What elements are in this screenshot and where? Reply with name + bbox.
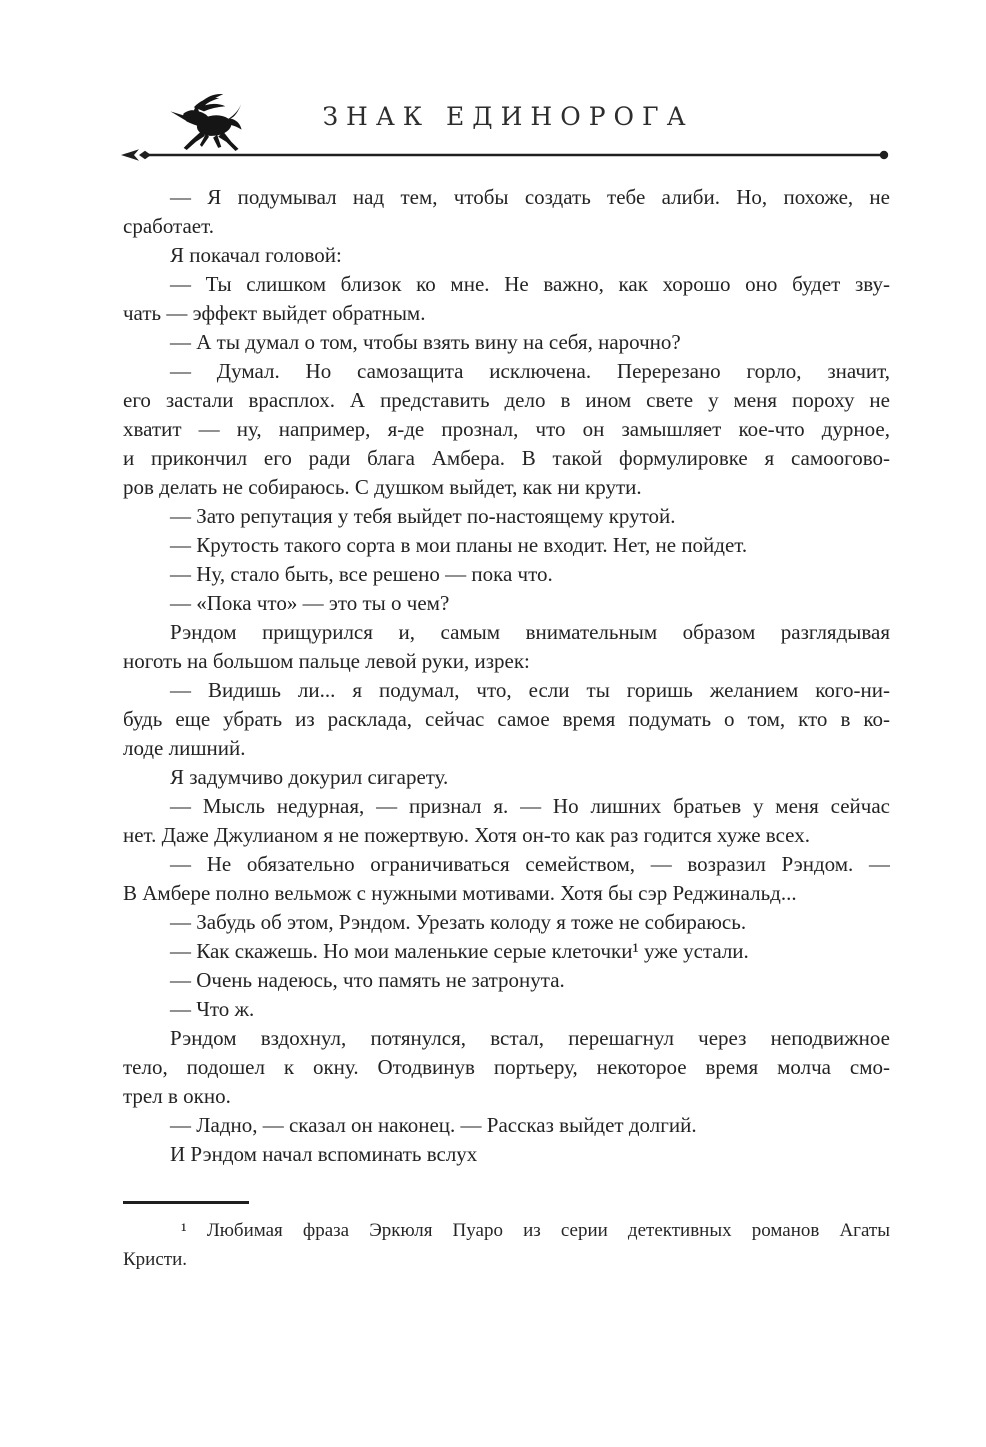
text-line: хватит — ну, например, я-де прознал, что… (123, 415, 890, 444)
text-line: — Видишь ли... я подумал, что, если ты г… (123, 676, 890, 705)
text-line: — Как скажешь. Но мои маленькие серые кл… (123, 937, 890, 966)
text-line: и прикончил его ради блага Амбера. В так… (123, 444, 890, 473)
text-line: нет. Даже Джулианом я не пожертвую. Хотя… (123, 821, 890, 850)
text-line: трел в окно. (123, 1082, 890, 1111)
text-line: — Думал. Но самозащита исключена. Перере… (123, 357, 890, 386)
text-line: — Ну, стало быть, все решено — пока что. (123, 560, 890, 589)
text-line: ноготь на большом пальце левой руки, изр… (123, 647, 890, 676)
text-line: — Забудь об этом, Рэндом. Урезать колоду… (123, 908, 890, 937)
text-line: — А ты думал о том, чтобы взять вину на … (123, 328, 890, 357)
text-line: Я покачал головой: (123, 241, 890, 270)
header-divider (121, 148, 893, 162)
text-line: лоде лишний. (123, 734, 890, 763)
text-line: чать — эффект выйдет обратным. (123, 299, 890, 328)
text-line: Рэндом прищурился и, самым внимательным … (123, 618, 890, 647)
text-line: ¹ Любимая фраза Эркюля Пуаро из серии де… (123, 1216, 890, 1245)
text-line: — Я подумывал над тем, чтобы создать теб… (123, 183, 890, 212)
right-dot-ornament (880, 151, 888, 159)
text-line: его застали врасплох. А представить дело… (123, 386, 890, 415)
text-line: — Крутость такого сорта в мои планы не в… (123, 531, 890, 560)
book-page: ЗНАК ЕДИНОРОГА — Я подумывал над тем, чт… (0, 0, 986, 1447)
text-line: — Ты слишком близок ко мне. Не важно, ка… (123, 270, 890, 299)
body-text: — Я подумывал над тем, чтобы создать теб… (123, 183, 890, 1169)
text-line: — Ладно, — сказал он наконец. — Рассказ … (123, 1111, 890, 1140)
text-line: И Рэндом начал вспоминать вслух (123, 1140, 890, 1169)
text-line: тело, подошел к окну. Отодвинув портьеру… (123, 1053, 890, 1082)
text-line: Я задумчиво докурил сигарету. (123, 763, 890, 792)
footnote-text: ¹ Любимая фраза Эркюля Пуаро из серии де… (123, 1216, 890, 1274)
text-line: — Зато репутация у тебя выйдет по-настоя… (123, 502, 890, 531)
text-line: — Очень надеюсь, что память не затронута… (123, 966, 890, 995)
text-line: Рэндом вздохнул, потянулся, встал, переш… (123, 1024, 890, 1053)
text-line: — Не обязательно ограничиваться семейств… (123, 850, 890, 879)
text-line: сработает. (123, 212, 890, 241)
left-arrow-ornament (121, 149, 139, 161)
text-line: будь еще убрать из расклада, сейчас само… (123, 705, 890, 734)
text-line: — Что ж. (123, 995, 890, 1024)
text-line: — «Пока что» — это ты о чем? (123, 589, 890, 618)
text-line: ров делать не собираюсь. С душком выйдет… (123, 473, 890, 502)
left-diamond-ornament (139, 151, 151, 159)
text-line: Кристи. (123, 1245, 890, 1274)
text-line: В Амбере полно вельмож с нужными мотивам… (123, 879, 890, 908)
chapter-title: ЗНАК ЕДИНОРОГА (123, 102, 893, 131)
footnote-divider (123, 1201, 249, 1204)
text-line: — Мысль недурная, — признал я. — Но лишн… (123, 792, 890, 821)
